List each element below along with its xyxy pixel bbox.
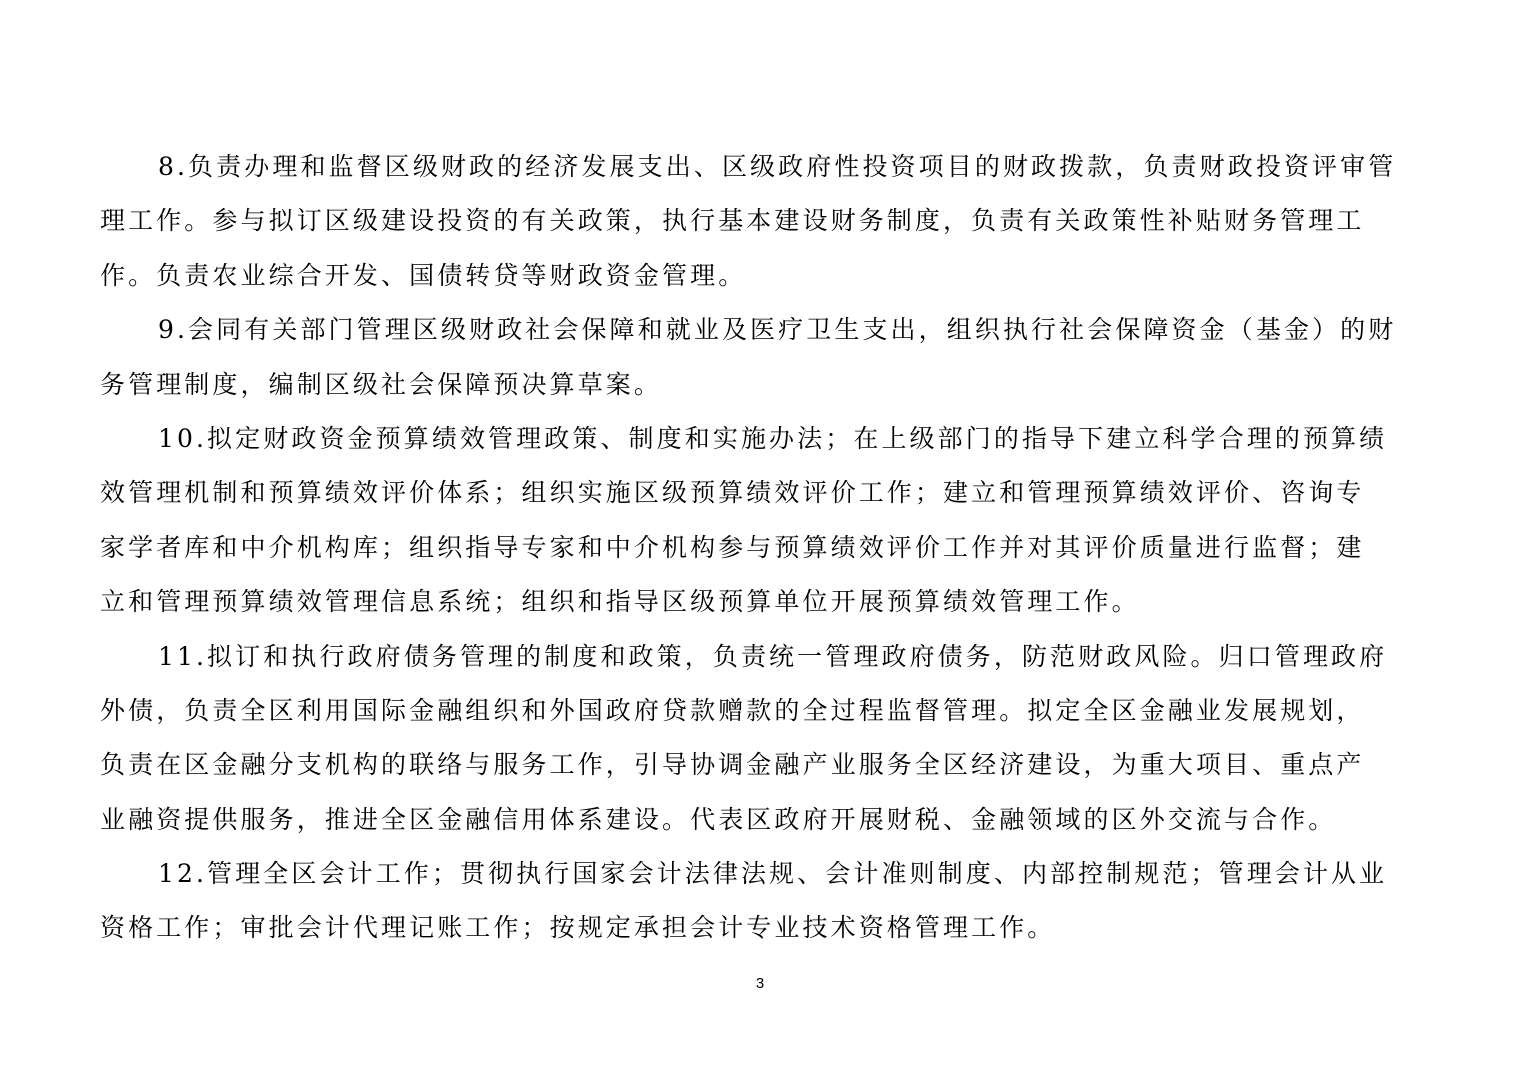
paragraph-line: 12.管理全区会计工作；贯彻执行国家会计法律法规、会计准则制度、内部控制规范；管… (100, 847, 1420, 901)
paragraph-line: 作。负责农业综合开发、国债转贷等财政资金管理。 (100, 249, 1420, 303)
paragraph-11: 11.拟订和执行政府债务管理的制度和政策，负责统一管理政府债务，防范财政风险。归… (100, 630, 1420, 848)
paragraph-line: 资格工作；审批会计代理记账工作；按规定承担会计专业技术资格管理工作。 (100, 901, 1420, 955)
paragraph-8: 8.负责办理和监督区级财政的经济发展支出、区级政府性投资项目的财政拨款，负责财政… (100, 140, 1420, 303)
paragraph-line: 立和管理预算绩效管理信息系统；组织和指导区级预算单位开展预算绩效管理工作。 (100, 575, 1420, 629)
paragraph-line: 业融资提供服务，推进全区金融信用体系建设。代表区政府开展财税、金融领域的区外交流… (100, 793, 1420, 847)
paragraph-line: 务管理制度，编制区级社会保障预决算草案。 (100, 358, 1420, 412)
paragraph-line: 理工作。参与拟订区级建设投资的有关政策，执行基本建设财务制度，负责有关政策性补贴… (100, 194, 1420, 248)
paragraph-12: 12.管理全区会计工作；贯彻执行国家会计法律法规、会计准则制度、内部控制规范；管… (100, 847, 1420, 956)
page-number: 3 (0, 975, 1520, 992)
document-page: 8.负责办理和监督区级财政的经济发展支出、区级政府性投资项目的财政拨款，负责财政… (0, 0, 1520, 1074)
paragraph-line: 8.负责办理和监督区级财政的经济发展支出、区级政府性投资项目的财政拨款，负责财政… (100, 140, 1420, 194)
paragraph-line: 家学者库和中介机构库；组织指导专家和中介机构参与预算绩效评价工作并对其评价质量进… (100, 521, 1420, 575)
paragraph-line: 负责在区金融分支机构的联络与服务工作，引导协调金融产业服务全区经济建设，为重大项… (100, 738, 1420, 792)
paragraph-line: 10.拟定财政资金预算绩效管理政策、制度和实施办法；在上级部门的指导下建立科学合… (100, 412, 1420, 466)
document-body: 8.负责办理和监督区级财政的经济发展支出、区级政府性投资项目的财政拨款，负责财政… (100, 140, 1420, 956)
paragraph-10: 10.拟定财政资金预算绩效管理政策、制度和实施办法；在上级部门的指导下建立科学合… (100, 412, 1420, 630)
paragraph-line: 11.拟订和执行政府债务管理的制度和政策，负责统一管理政府债务，防范财政风险。归… (100, 630, 1420, 684)
paragraph-line: 外债，负责全区利用国际金融组织和外国政府贷款赠款的全过程监督管理。拟定全区金融业… (100, 684, 1420, 738)
paragraph-line: 9.会同有关部门管理区级财政社会保障和就业及医疗卫生支出，组织执行社会保障资金（… (100, 303, 1420, 357)
paragraph-9: 9.会同有关部门管理区级财政社会保障和就业及医疗卫生支出，组织执行社会保障资金（… (100, 303, 1420, 412)
paragraph-line: 效管理机制和预算绩效评价体系；组织实施区级预算绩效评价工作；建立和管理预算绩效评… (100, 466, 1420, 520)
